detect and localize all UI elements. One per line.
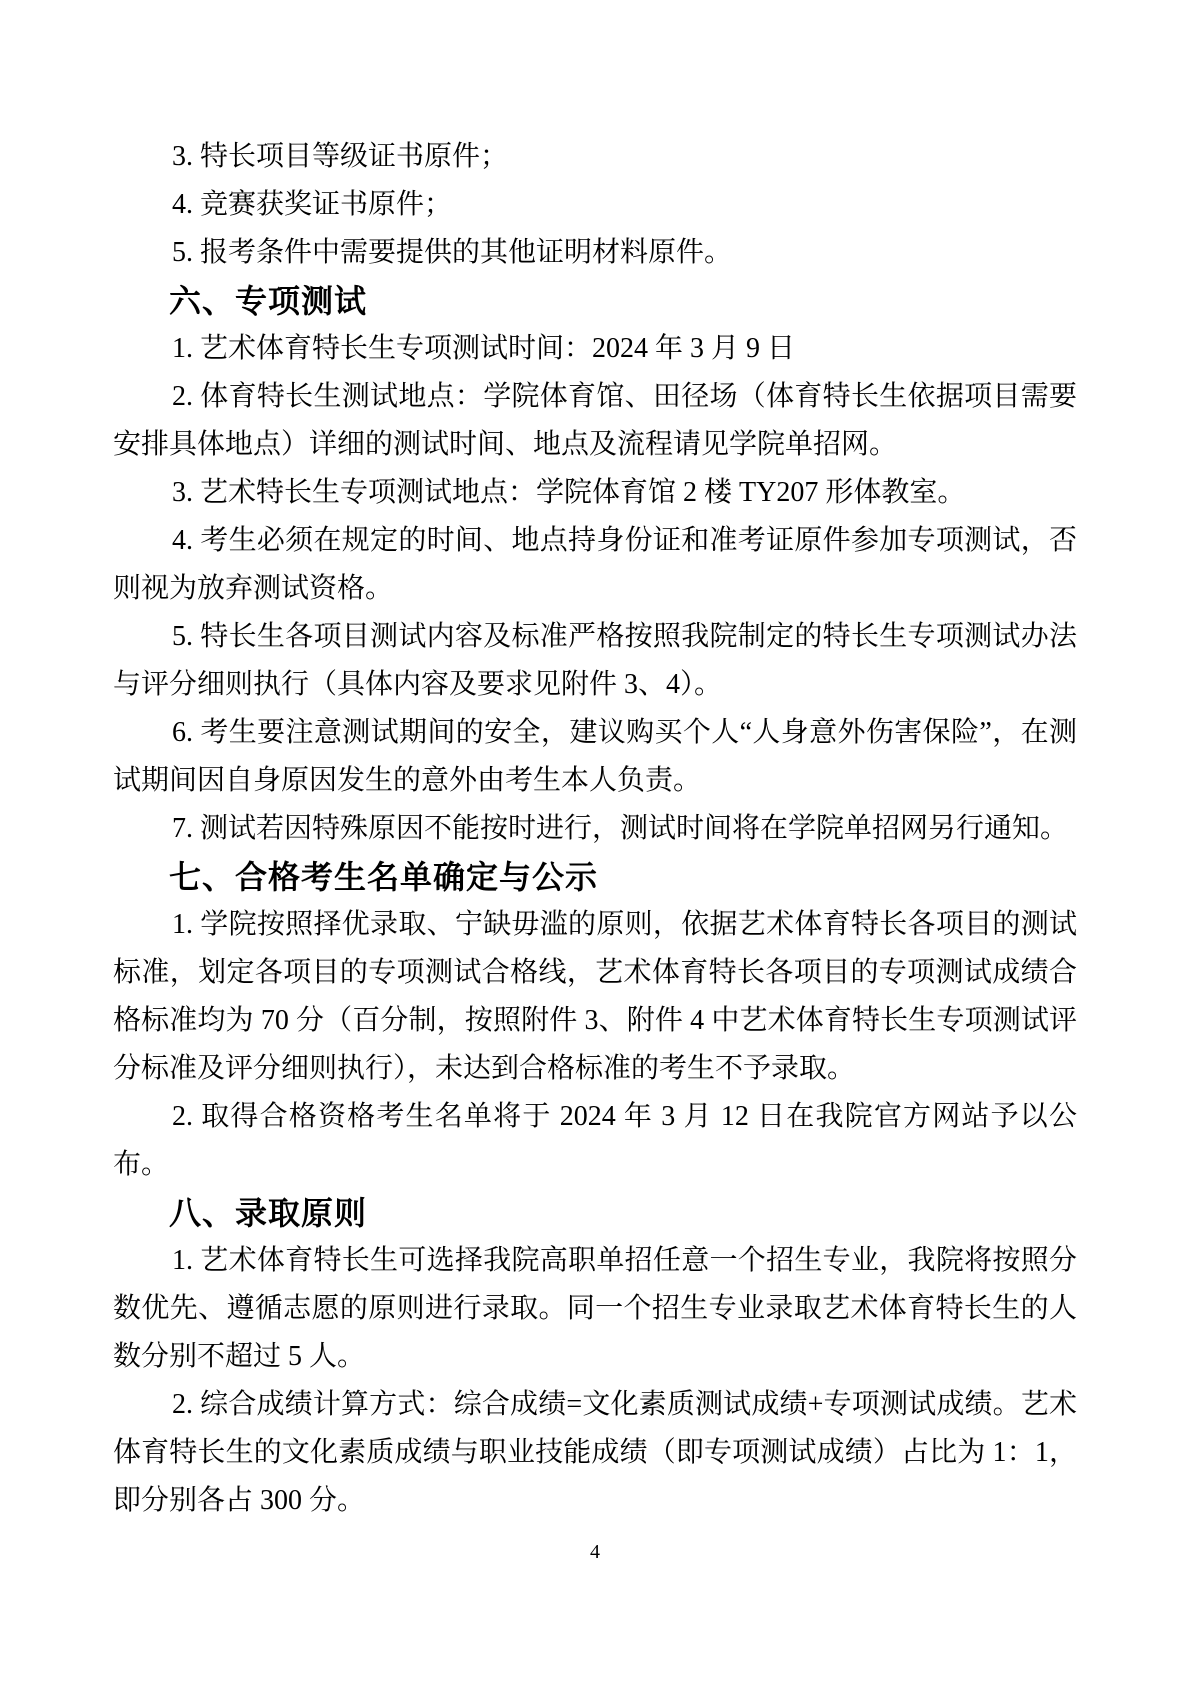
paragraph: 4. 竞赛获奖证书原件； <box>113 181 1077 229</box>
paragraph: 3. 艺术特长生专项测试地点：学院体育馆 2 楼 TY207 形体教室。 <box>113 469 1077 517</box>
paragraph: 1. 艺术体育特长生可选择我院高职单招任意一个招生专业，我院将按照分数优先、遵循… <box>113 1237 1077 1381</box>
paragraph: 2. 体育特长生测试地点：学院体育馆、田径场（体育特长生依据项目需要安排具体地点… <box>113 373 1077 469</box>
paragraph: 6. 考生要注意测试期间的安全，建议购买个人“人身意外伤害保险”，在测试期间因自… <box>113 709 1077 805</box>
paragraph: 2. 取得合格资格考生名单将于 2024 年 3 月 12 日在我院官方网站予以… <box>113 1093 1077 1189</box>
paragraph: 2. 综合成绩计算方式：综合成绩=文化素质测试成绩+专项测试成绩。艺术体育特长生… <box>113 1381 1077 1525</box>
section-heading: 六、专项测试 <box>113 277 1077 325</box>
paragraph: 5. 特长生各项目测试内容及标准严格按照我院制定的特长生专项测试办法与评分细则执… <box>113 613 1077 709</box>
section-heading: 七、合格考生名单确定与公示 <box>113 853 1077 901</box>
paragraph: 1. 艺术体育特长生专项测试时间：2024 年 3 月 9 日 <box>113 325 1077 373</box>
document-body: 3. 特长项目等级证书原件；4. 竞赛获奖证书原件；5. 报考条件中需要提供的其… <box>113 133 1077 1525</box>
paragraph: 7. 测试若因特殊原因不能按时进行，测试时间将在学院单招网另行通知。 <box>113 805 1077 853</box>
paragraph: 1. 学院按照择优录取、宁缺毋滥的原则，依据艺术体育特长各项目的测试标准，划定各… <box>113 901 1077 1093</box>
paragraph: 4. 考生必须在规定的时间、地点持身份证和准考证原件参加专项测试，否则视为放弃测… <box>113 517 1077 613</box>
paragraph: 5. 报考条件中需要提供的其他证明材料原件。 <box>113 229 1077 277</box>
document-page: 3. 特长项目等级证书原件；4. 竞赛获奖证书原件；5. 报考条件中需要提供的其… <box>0 0 1190 1683</box>
paragraph: 3. 特长项目等级证书原件； <box>113 133 1077 181</box>
page-number: 4 <box>0 1538 1190 1566</box>
section-heading: 八、录取原则 <box>113 1189 1077 1237</box>
